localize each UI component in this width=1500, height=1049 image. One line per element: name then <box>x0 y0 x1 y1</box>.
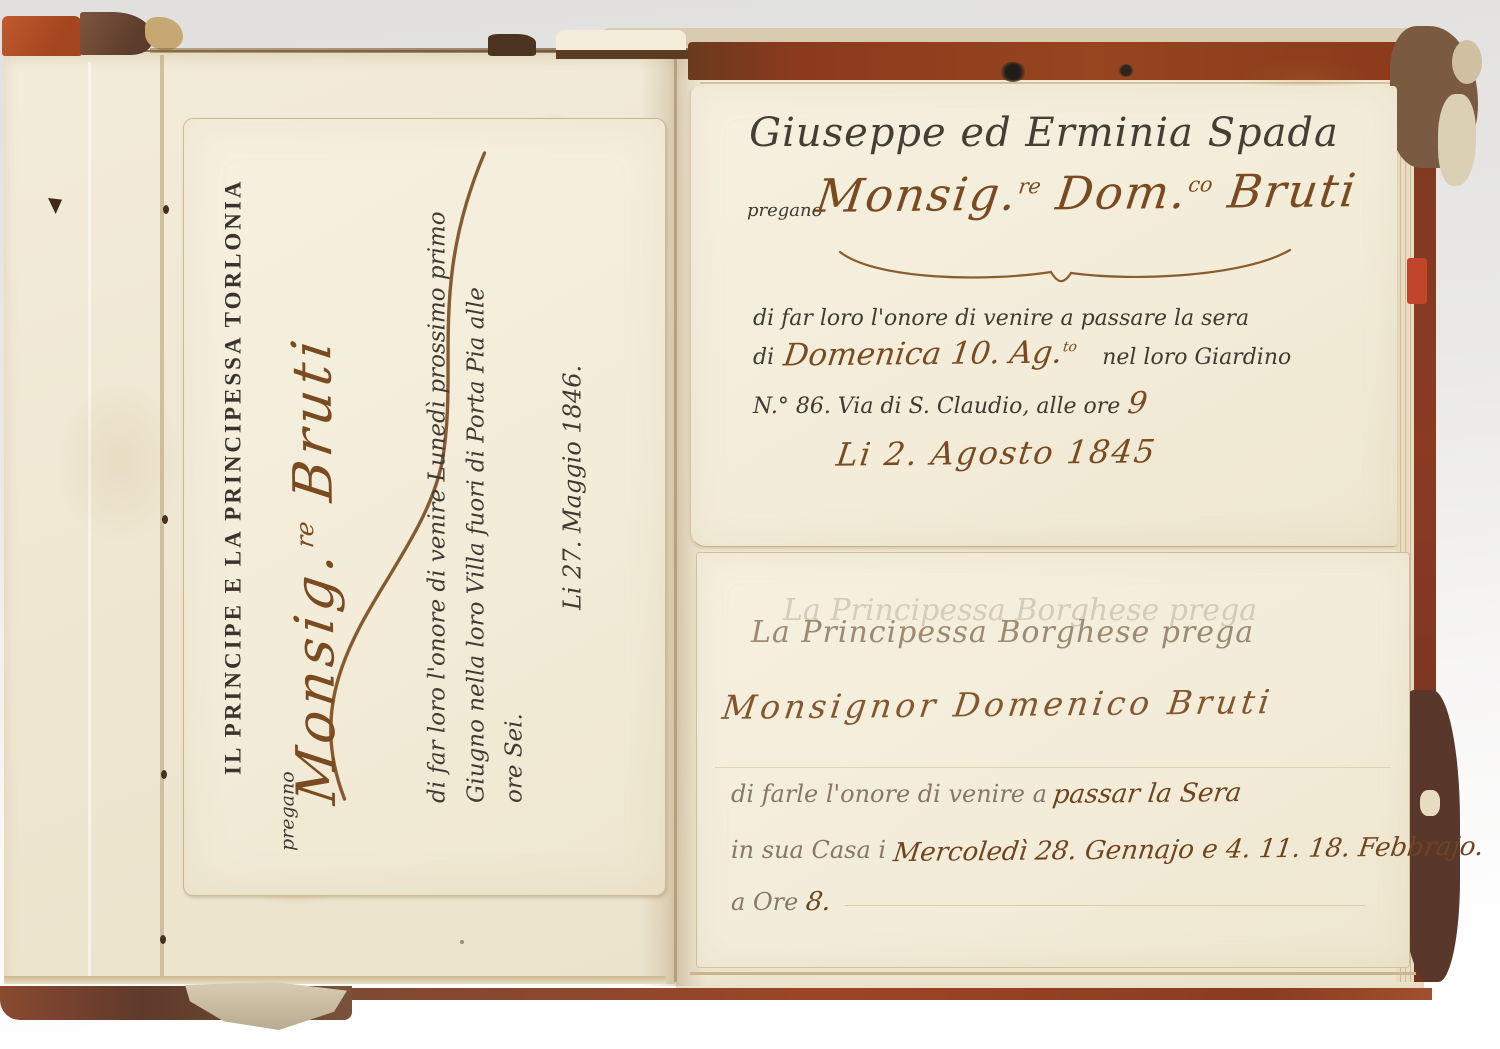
stitch-hole <box>160 935 166 944</box>
photo-background: IL PRINCIPE E LA PRINCIPESSA TORLONIA pr… <box>0 0 1500 1049</box>
spada-date-text: Li 2. Agosto 1845 <box>834 432 1159 473</box>
left-page-bottom-edge <box>4 976 666 984</box>
page-stack-line <box>700 82 1415 84</box>
spada-body-line: di Domenica 10. Ag.to nel loro Giardino <box>753 336 1291 372</box>
torlonia-invitation-card: IL PRINCIPE E LA PRINCIPESSA TORLONIA pr… <box>183 118 666 896</box>
torlonia-host-title: IL PRINCIPE E LA PRINCIPESSA TORLONIA <box>220 219 246 775</box>
borghese-guest-name: Monsignor Domenico Bruti <box>723 685 1273 724</box>
spada-body-line: di far loro l'onore di venire a passare … <box>753 306 1249 331</box>
borghese-guest-name-text: Monsignor Domenico Bruti <box>720 682 1276 727</box>
cover-leather-band-top <box>688 42 1425 80</box>
foxing-speck <box>460 940 464 944</box>
leather-bright-patch <box>1407 258 1427 304</box>
spada-body2-printed-prefix: di <box>753 345 774 370</box>
torn-corner-tuft <box>1438 94 1476 186</box>
cover-leather-band-bottom-thin <box>340 988 1432 1000</box>
torn-leather-notch <box>1420 790 1440 816</box>
stitch-hole <box>163 205 169 214</box>
torlonia-body-line: Giugno nella loro Villa fuori di Porta P… <box>463 287 489 803</box>
borghese-body-line: in sua Casa i Mercoledì 28. Gennajo e 4.… <box>731 835 1483 865</box>
ruled-line <box>715 767 1391 768</box>
top-band-thin <box>556 50 696 59</box>
gutter-crease <box>674 56 677 982</box>
spine-leather-orange <box>2 16 82 56</box>
frayed-paper-tuft <box>145 17 183 50</box>
torn-paper-flap <box>185 982 347 1030</box>
stitch-hole <box>161 770 167 779</box>
borghese-body3-printed: a Ore <box>731 888 798 916</box>
spada-body-line: N.° 86. Via di S. Claudio, alle ore 9 <box>753 386 1147 421</box>
borghese-body2-printed: in sua Casa i <box>731 836 886 864</box>
borghese-body1-printed: di farle l'onore di venire a <box>731 780 1047 808</box>
stitch-hole <box>162 515 168 524</box>
leather-remnant-nub <box>488 34 536 56</box>
borghese-body3-handwritten: 8. <box>804 887 833 917</box>
spada-body2-printed-suffix: nel loro Giardino <box>1102 345 1291 370</box>
spada-guest-name: Monsig.re Dom.co Bruti <box>817 166 1357 220</box>
ruled-line <box>845 905 1365 906</box>
right-page-bottom-edge <box>690 972 1416 975</box>
spada-body3-printed: N.° 86. Via di S. Claudio, alle ore <box>753 394 1120 419</box>
borghese-body-line: a Ore 8. <box>731 887 1365 917</box>
spada-guest-name-text: Monsig.re Dom.co Bruti <box>813 163 1360 223</box>
spada-date-line: Li 2. Agosto 1845 <box>837 434 1156 472</box>
torlonia-body-line: di far loro l'onore di venire Lunedì pro… <box>424 211 450 803</box>
left-page-fold-highlight <box>88 62 91 978</box>
borghese-body1-handwritten: passar la Sera <box>1051 778 1243 810</box>
pen-flourish <box>836 242 1296 288</box>
spine-leather-brown <box>80 12 152 55</box>
ink-blot <box>1118 64 1134 77</box>
spada-host-title: Giuseppe ed Erminia Spada <box>691 110 1397 156</box>
borghese-body2-handwritten: Mercoledì 28. Gennajo e 4. 11. 18. Febbr… <box>892 832 1486 868</box>
spada-body2-handwritten: Domenica 10. Ag.to <box>782 334 1079 373</box>
borghese-body-line: di farle l'onore di venire a passar la S… <box>731 779 1241 809</box>
ink-blot <box>1000 62 1026 82</box>
torlonia-date-line: Li 27. Maggio 1846. <box>558 365 586 610</box>
borghese-host-title: La Principessa Borghese prega <box>751 615 1254 650</box>
torn-corner-tuft <box>1452 40 1482 84</box>
fold-top-wedge <box>556 30 686 52</box>
torlonia-body-line: ore Sei. <box>501 713 527 803</box>
torlonia-rotated-content: IL PRINCIPE E LA PRINCIPESSA TORLONIA pr… <box>184 119 665 895</box>
spada-pregano-label: pregano <box>747 200 822 221</box>
borghese-invitation-card: La Principessa Borghese prega La Princip… <box>696 552 1410 968</box>
spada-invitation-card: Giuseppe ed Erminia Spada pregano Monsig… <box>690 86 1397 547</box>
spada-body3-handwritten: 9 <box>1126 386 1150 421</box>
